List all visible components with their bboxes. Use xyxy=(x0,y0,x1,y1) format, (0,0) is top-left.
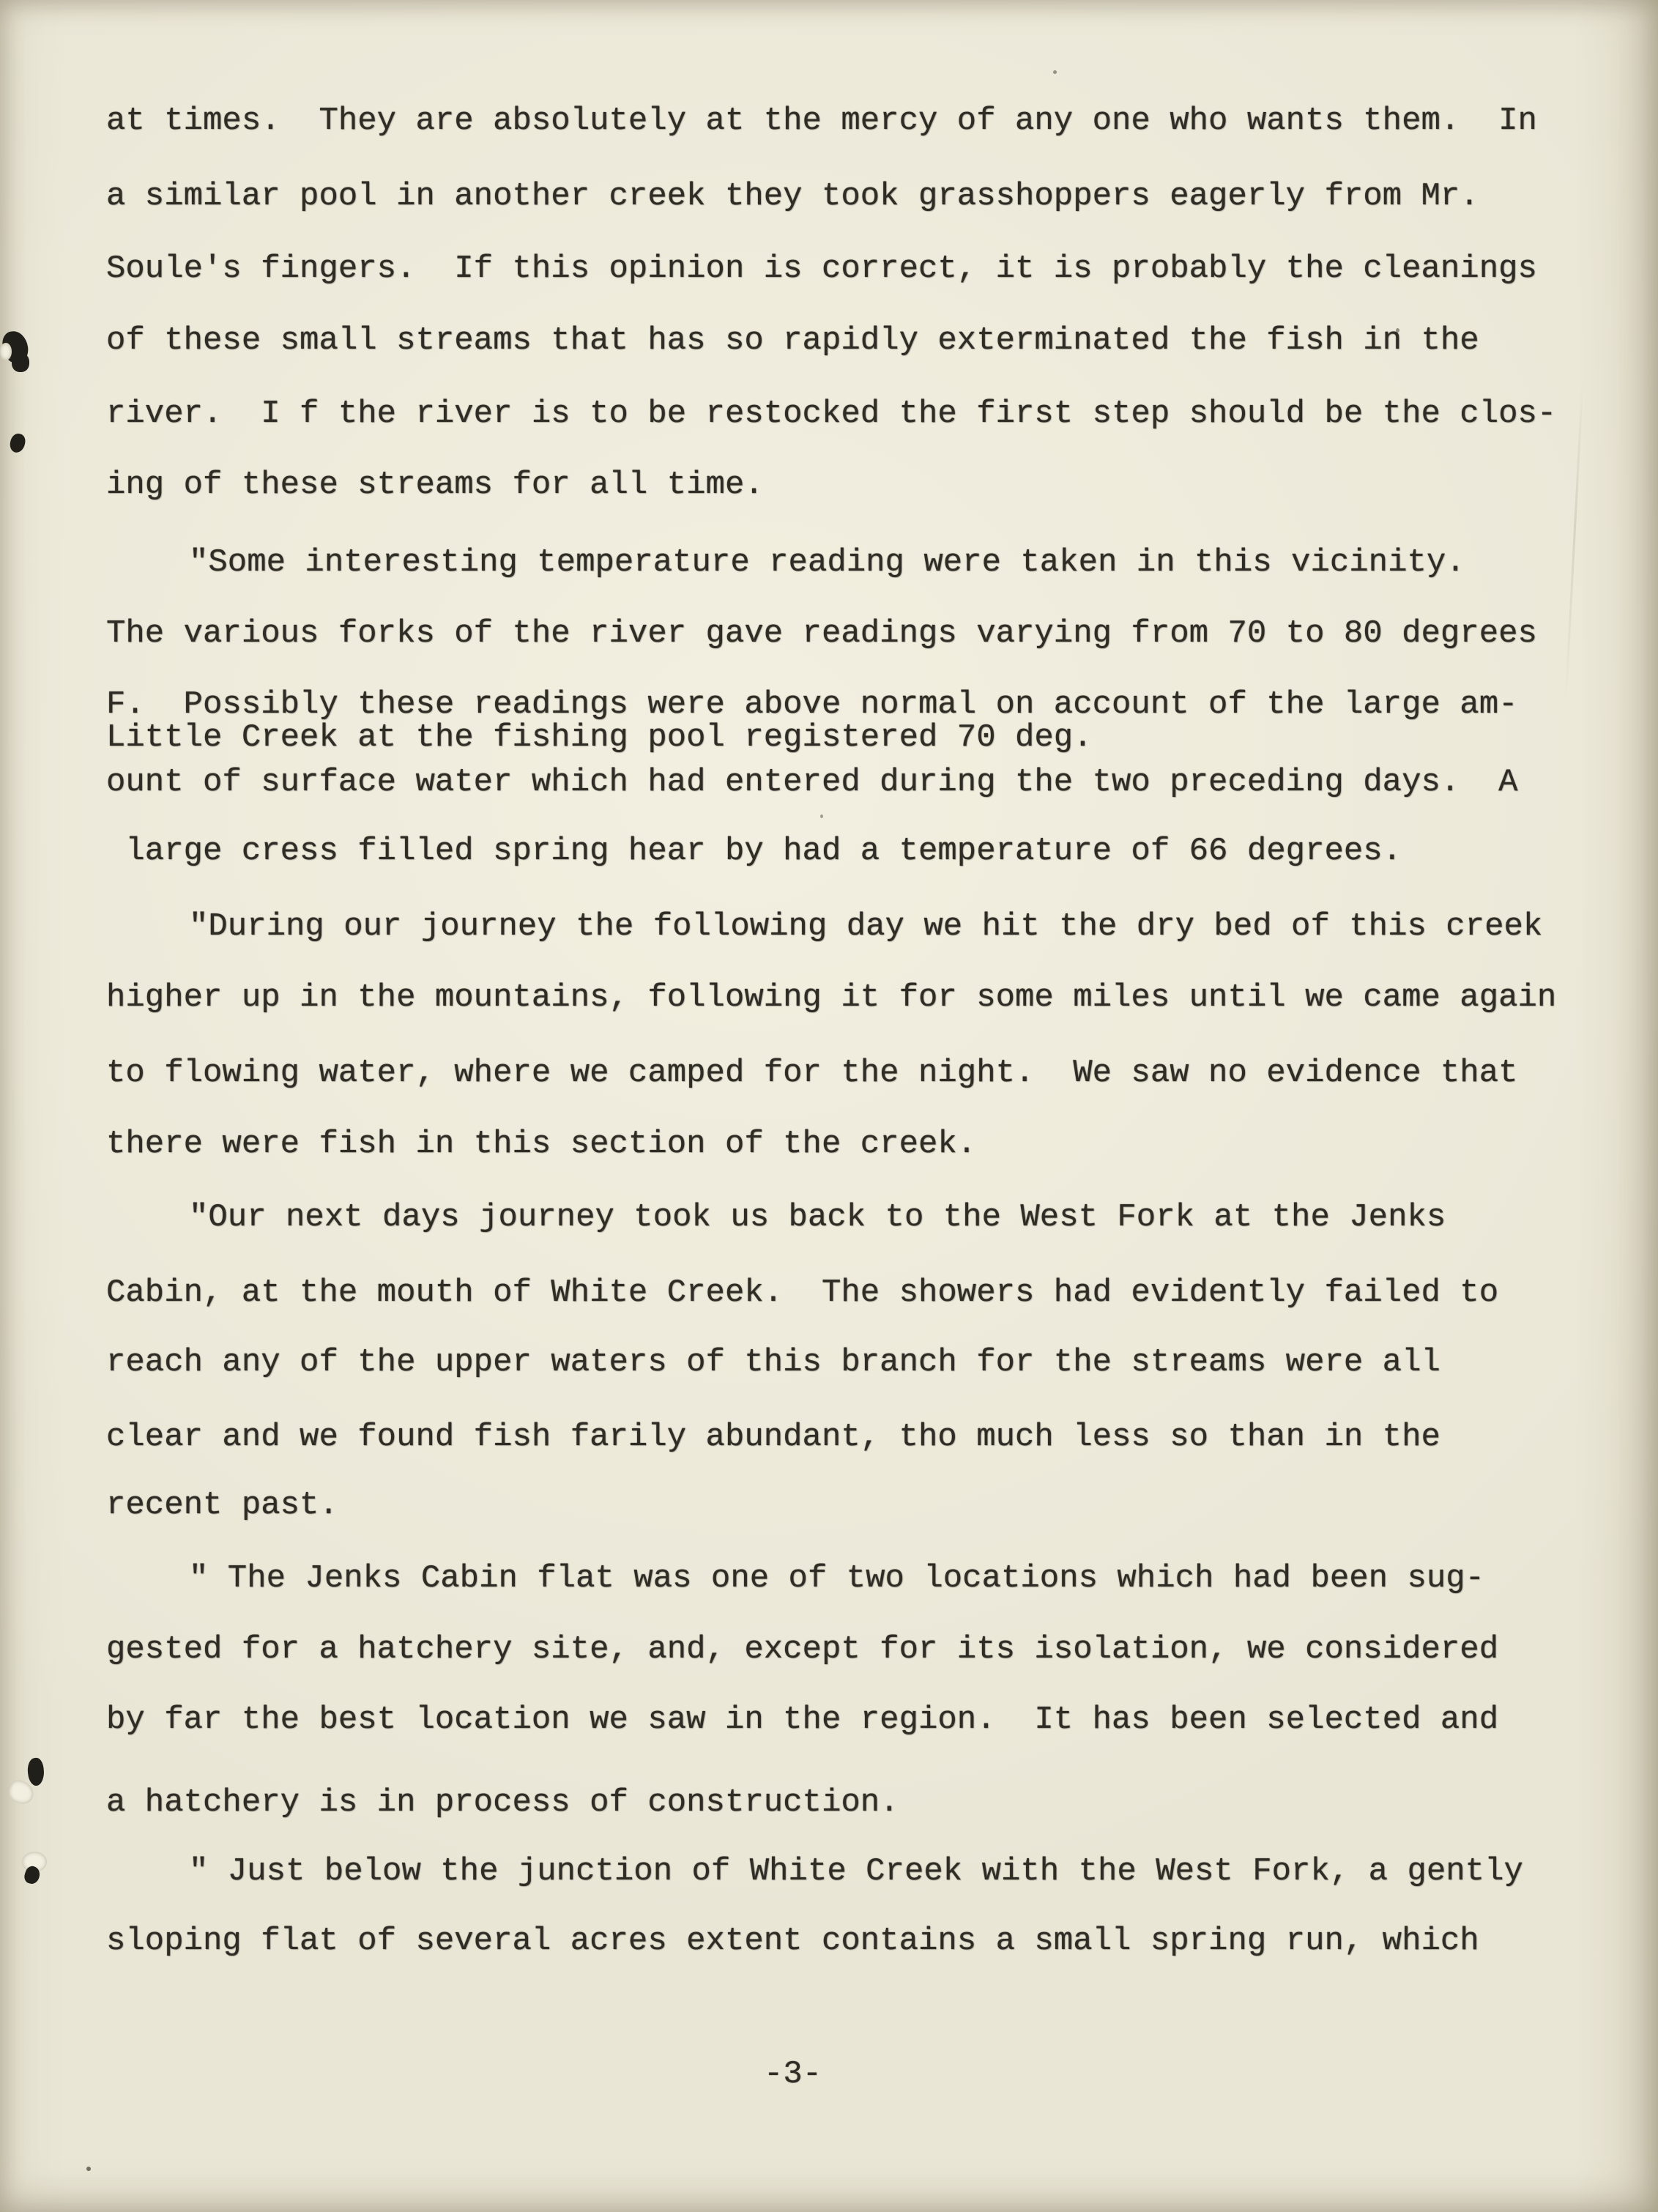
scanned-document-page: at times. They are absolutely at the mer… xyxy=(0,0,1658,2212)
text-line: The various forks of the river gave read… xyxy=(106,616,1537,651)
text-line: a hatchery is in process of construction… xyxy=(106,1785,899,1820)
paragraph-start-line: " Just below the junction of White Creek… xyxy=(106,1854,1523,1889)
paragraph-start-line: "Our next days journey took us back to t… xyxy=(106,1200,1446,1235)
text-line: recent past. xyxy=(106,1488,338,1523)
text-line: reach any of the upper waters of this br… xyxy=(106,1345,1440,1380)
binding-mark xyxy=(26,1757,45,1786)
text-line: by far the best location we saw in the r… xyxy=(106,1702,1498,1737)
paragraph-start-line: "During our journey the following day we… xyxy=(106,909,1542,944)
text-line: to flowing water, where we camped for th… xyxy=(106,1055,1518,1091)
text-line: at times. They are absolutely at the mer… xyxy=(106,103,1537,138)
text-line: F. Possibly these readings were above no… xyxy=(106,687,1518,722)
paper-crease xyxy=(1564,381,1583,703)
text-line: gested for a hatchery site, and, except … xyxy=(106,1632,1498,1667)
page-number: -3- xyxy=(764,2057,822,2092)
text-line: ing of these streams for all time. xyxy=(106,467,764,502)
ink-speck xyxy=(86,2167,91,2171)
text-line: large cress filled spring hear by had a … xyxy=(106,834,1402,869)
text-line: higher up in the mountains, following it… xyxy=(106,980,1556,1015)
text-line: river. I f the river is to be restocked … xyxy=(106,396,1556,431)
text-line: sloping flat of several acres extent con… xyxy=(106,1923,1479,1959)
binding-mark xyxy=(12,353,29,372)
ink-speck xyxy=(1053,70,1057,74)
text-line: Cabin, at the mouth of White Creek. The … xyxy=(106,1275,1498,1310)
ink-speck xyxy=(820,814,823,818)
text-line: there were fish in this section of the c… xyxy=(106,1127,976,1162)
text-line: a similar pool in another creek they too… xyxy=(106,179,1479,214)
text-line: ount of surface water which had entered … xyxy=(106,765,1518,800)
interlined-correction-line: Little Creek at the fishing pool registe… xyxy=(106,720,1093,755)
staple-hole xyxy=(0,343,12,360)
paragraph-start-line: " The Jenks Cabin flat was one of two lo… xyxy=(106,1561,1484,1596)
ink-speck xyxy=(1396,328,1399,333)
paragraph-start-line: "Some interesting temperature reading we… xyxy=(106,545,1465,580)
text-line: of these small streams that has so rapid… xyxy=(106,323,1479,358)
text-line: clear and we found fish farily abundant,… xyxy=(106,1419,1440,1455)
text-line: Soule's fingers. If this opinion is corr… xyxy=(106,251,1537,286)
binding-mark xyxy=(9,432,27,454)
